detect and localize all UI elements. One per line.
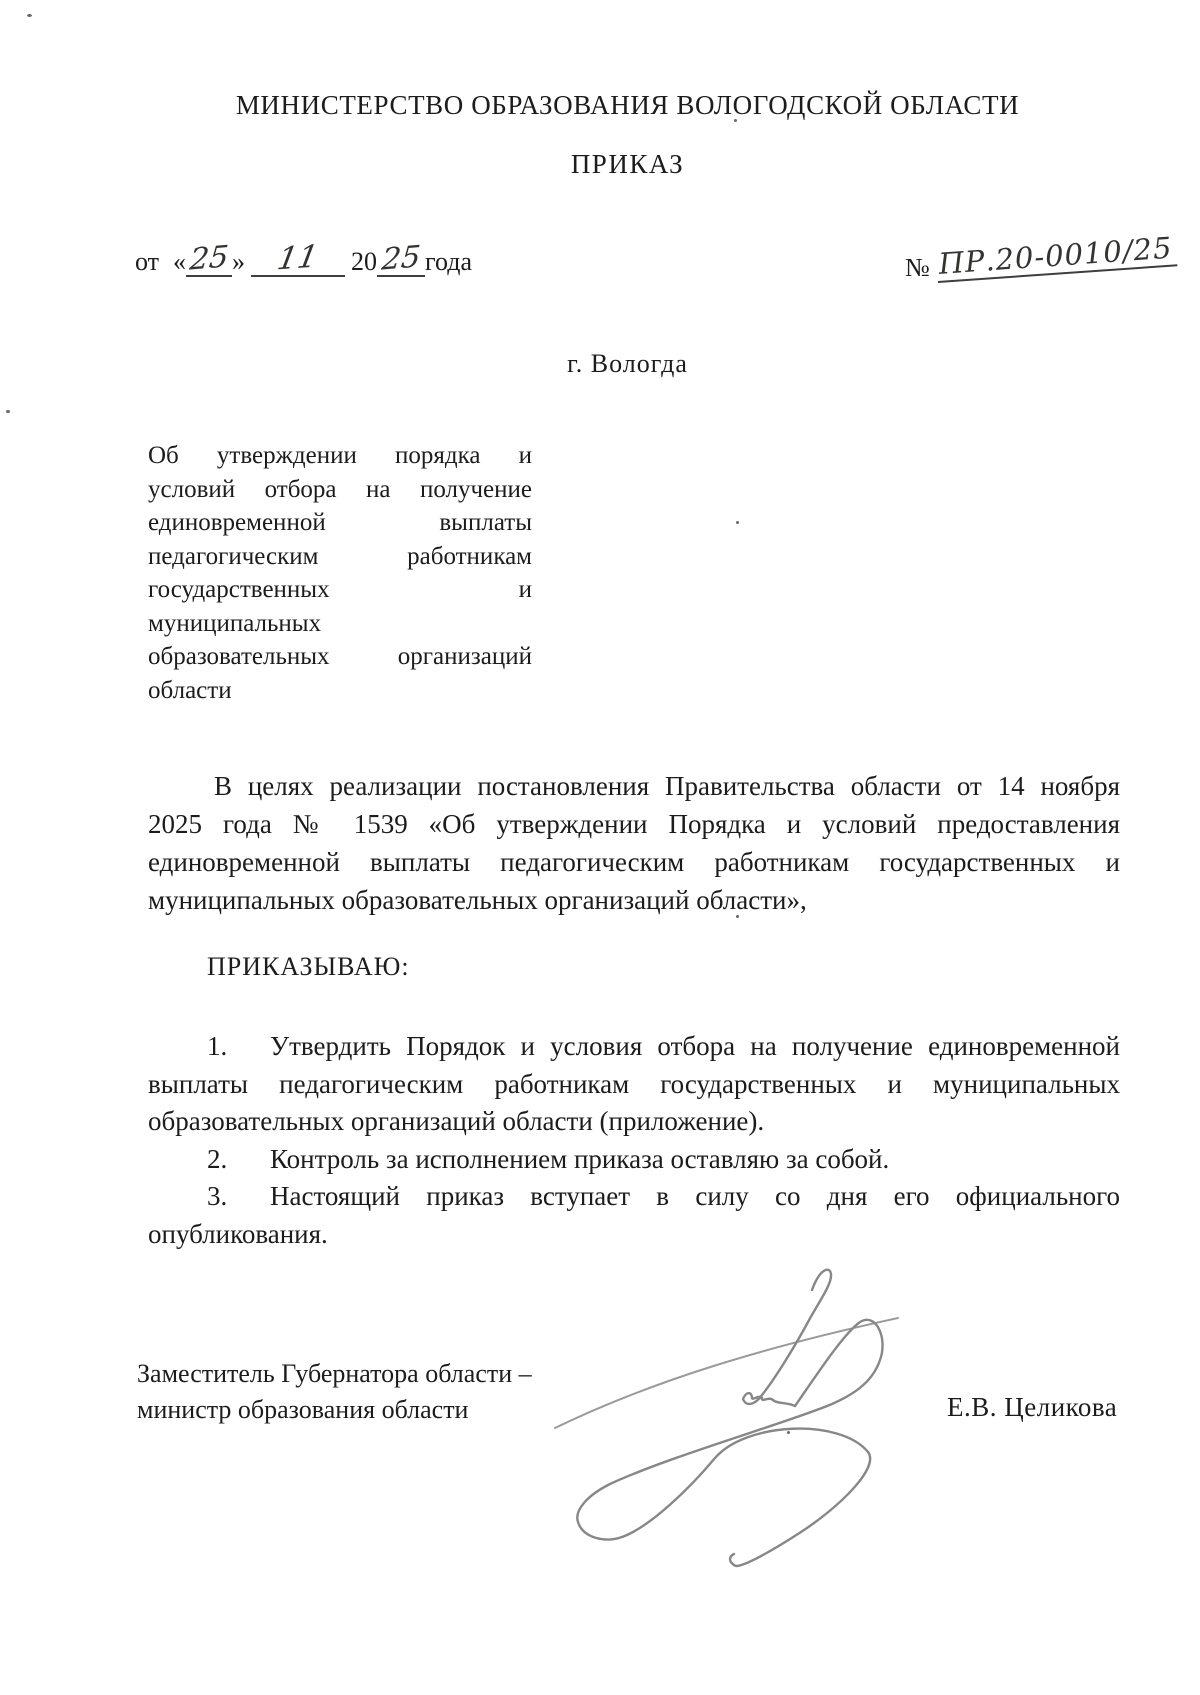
subject-block: Об утверждении порядка и условий отбора … — [148, 439, 532, 707]
item-number: 2. — [207, 1141, 270, 1179]
item-1-line-3: образовательных организаций области (при… — [148, 1103, 1120, 1141]
item-1-line-1: 1. Утвердить Порядок и условия отбора на… — [148, 1028, 1120, 1066]
signatory-position-line: Заместитель Губернатора области – — [137, 1356, 597, 1392]
handwritten-month: 11 — [275, 242, 320, 275]
scan-speck — [27, 14, 32, 17]
item-number: 3. — [207, 1178, 270, 1216]
subject-line: образовательных организаций — [148, 640, 532, 674]
day-blank: 25 — [186, 244, 232, 277]
subject-line: муниципальных — [148, 607, 532, 641]
handwritten-day: 25 — [188, 242, 229, 275]
document-page: МИНИСТЕРСТВО ОБРАЗОВАНИЯ ВОЛОГОДСКОЙ ОБЛ… — [0, 0, 1200, 1695]
item-1-line-2: выплаты педагогическим работникам госуда… — [148, 1066, 1120, 1104]
paragraph-line: муниципальных образовательных организаци… — [148, 881, 1120, 919]
signatory-position-line: министр образования области — [137, 1392, 597, 1428]
order-items: 1. Утвердить Порядок и условия отбора на… — [148, 1028, 1120, 1253]
handwritten-signature-icon — [550, 1260, 906, 1578]
date-suffix: года — [425, 247, 472, 277]
number-label: № — [905, 253, 930, 283]
scan-speck — [6, 410, 10, 413]
signatory-name: Е.В. Целикова — [947, 1392, 1117, 1423]
year-prefix: 20 — [351, 247, 377, 277]
year-blank: 25 — [377, 244, 425, 277]
signatory-position: Заместитель Губернатора области – минист… — [137, 1356, 597, 1427]
subject-line: государственных и — [148, 573, 532, 607]
place-city: г. Вологда — [135, 349, 1120, 379]
subject-line: условий отбора на получение — [148, 473, 532, 507]
item-3-line-1: 3. Настоящий приказ вступает в силу со д… — [148, 1178, 1120, 1216]
date-prefix: от — [135, 247, 159, 277]
item-number: 1. — [207, 1028, 270, 1066]
item-text: Контроль за исполнением приказа оставляю… — [270, 1141, 1120, 1179]
item-text: Утвердить Порядок и условия отбора на по… — [270, 1028, 1120, 1066]
subject-line: Об утверждении порядка и — [148, 439, 532, 473]
paragraph-line: В целях реализации постановления Правите… — [148, 767, 1120, 805]
item-2-line-1: 2. Контроль за исполнением приказа остав… — [148, 1141, 1120, 1179]
subject-line: области — [148, 674, 532, 708]
quote-open: « — [173, 247, 186, 277]
subject-line: единовременной выплаты — [148, 506, 532, 540]
scan-speck — [736, 521, 739, 524]
document-type-title: ПРИКАЗ — [135, 149, 1120, 180]
order-word: ПРИКАЗЫВАЮ: — [207, 952, 410, 982]
quote-close: » — [232, 247, 245, 277]
paragraph-line: единовременной выплаты педагогическим ра… — [148, 843, 1120, 881]
paragraph-line: 2025 года № 1539 «Об утверждении Порядка… — [148, 805, 1120, 843]
handwritten-year: 25 — [380, 242, 421, 275]
preamble-paragraph: В целях реализации постановления Правите… — [148, 767, 1120, 919]
number-line: № ПР.20-0010/25 — [905, 247, 1178, 283]
item-3-line-2: опубликования. — [148, 1216, 1120, 1254]
month-blank: 11 — [251, 243, 345, 277]
ministry-title: МИНИСТЕРСТВО ОБРАЗОВАНИЯ ВОЛОГОДСКОЙ ОБЛ… — [135, 90, 1120, 121]
date-line: от « 25 » 11 20 25 года — [135, 243, 472, 277]
handwritten-number: ПР.20-0010/25 — [935, 230, 1177, 283]
subject-line: педагогическим работникам — [148, 540, 532, 574]
item-text: Настоящий приказ вступает в силу со дня … — [270, 1178, 1120, 1216]
